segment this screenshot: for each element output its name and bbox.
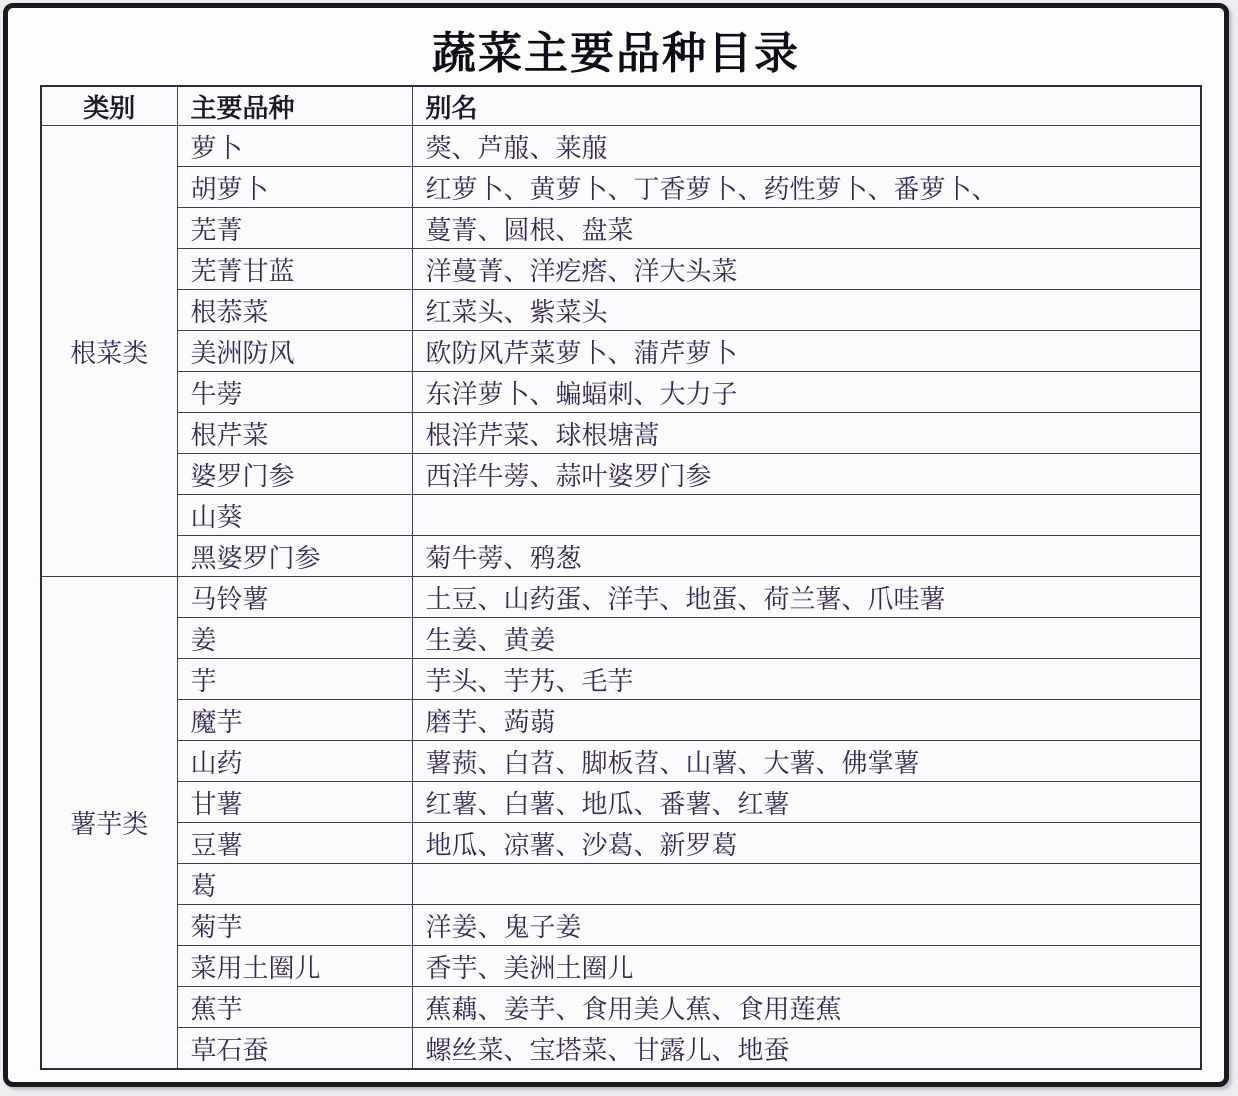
table-row: 姜生姜、黄姜 bbox=[41, 618, 1201, 659]
alias-cell: 蔓菁、圆根、盘菜 bbox=[412, 208, 1201, 249]
variety-cell: 萝卜 bbox=[177, 126, 412, 167]
page-title: 蔬菜主要品种目录 bbox=[8, 17, 1224, 81]
alias-cell: 薯蓣、白苕、脚板苕、山薯、大薯、佛掌薯 bbox=[412, 741, 1201, 782]
alias-cell: 螺丝菜、宝塔菜、甘露儿、地蚕 bbox=[412, 1028, 1201, 1070]
category-cell: 薯芋类 bbox=[41, 577, 177, 1070]
alias-cell: 香芋、美洲土圈儿 bbox=[412, 946, 1201, 987]
table-row: 甘薯红薯、白薯、地瓜、番薯、红薯 bbox=[41, 782, 1201, 823]
column-header-variety: 主要品种 bbox=[177, 86, 412, 126]
table-row: 葛 bbox=[41, 864, 1201, 905]
variety-cell: 芜菁 bbox=[177, 208, 412, 249]
table-row: 山葵 bbox=[41, 495, 1201, 536]
table-row: 婆罗门参西洋牛蒡、蒜叶婆罗门参 bbox=[41, 454, 1201, 495]
table-row: 牛蒡东洋萝卜、蝙蝠刺、大力子 bbox=[41, 372, 1201, 413]
variety-cell: 婆罗门参 bbox=[177, 454, 412, 495]
table-row: 蕉芋蕉藕、姜芋、食用美人蕉、食用莲蕉 bbox=[41, 987, 1201, 1028]
alias-cell: 红菜头、紫菜头 bbox=[412, 290, 1201, 331]
table-row: 豆薯地瓜、凉薯、沙葛、新罗葛 bbox=[41, 823, 1201, 864]
variety-cell: 牛蒡 bbox=[177, 372, 412, 413]
variety-cell: 美洲防风 bbox=[177, 331, 412, 372]
table-header: 类别 主要品种 别名 bbox=[41, 86, 1201, 126]
variety-cell: 胡萝卜 bbox=[177, 167, 412, 208]
alias-cell: 欧防风芹菜萝卜、蒲芹萝卜 bbox=[412, 331, 1201, 372]
alias-cell: 葖、芦菔、莱菔 bbox=[412, 126, 1201, 167]
table-row: 魔芋磨芋、蒟蒻 bbox=[41, 700, 1201, 741]
category-cell: 根菜类 bbox=[41, 126, 177, 577]
alias-cell bbox=[412, 864, 1201, 905]
variety-cell: 甘薯 bbox=[177, 782, 412, 823]
table-body: 根菜类萝卜葖、芦菔、莱菔胡萝卜红萝卜、黄萝卜、丁香萝卜、药性萝卜、番萝卜、芜菁蔓… bbox=[41, 126, 1201, 1070]
table-row: 薯芋类马铃薯土豆、山药蛋、洋芋、地蛋、荷兰薯、爪哇薯 bbox=[41, 577, 1201, 618]
alias-cell: 根洋芹菜、球根塘蒿 bbox=[412, 413, 1201, 454]
table-row: 芜菁甘蓝洋蔓菁、洋疙瘩、洋大头菜 bbox=[41, 249, 1201, 290]
variety-cell: 芜菁甘蓝 bbox=[177, 249, 412, 290]
alias-cell: 西洋牛蒡、蒜叶婆罗门参 bbox=[412, 454, 1201, 495]
variety-cell: 菜用土圈儿 bbox=[177, 946, 412, 987]
variety-cell: 马铃薯 bbox=[177, 577, 412, 618]
variety-cell: 山药 bbox=[177, 741, 412, 782]
variety-cell: 豆薯 bbox=[177, 823, 412, 864]
column-header-alias: 别名 bbox=[412, 86, 1201, 126]
table-row: 根菾菜红菜头、紫菜头 bbox=[41, 290, 1201, 331]
variety-cell: 姜 bbox=[177, 618, 412, 659]
table-row: 草石蚕螺丝菜、宝塔菜、甘露儿、地蚕 bbox=[41, 1028, 1201, 1070]
table-row: 芋芋头、芋艿、毛芋 bbox=[41, 659, 1201, 700]
vegetable-catalog-table: 类别 主要品种 别名 根菜类萝卜葖、芦菔、莱菔胡萝卜红萝卜、黄萝卜、丁香萝卜、药… bbox=[40, 85, 1202, 1070]
alias-cell bbox=[412, 495, 1201, 536]
variety-cell: 黑婆罗门参 bbox=[177, 536, 412, 577]
variety-cell: 葛 bbox=[177, 864, 412, 905]
table-row: 山药薯蓣、白苕、脚板苕、山薯、大薯、佛掌薯 bbox=[41, 741, 1201, 782]
table-row: 芜菁蔓菁、圆根、盘菜 bbox=[41, 208, 1201, 249]
alias-cell: 菊牛蒡、鸦葱 bbox=[412, 536, 1201, 577]
alias-cell: 红萝卜、黄萝卜、丁香萝卜、药性萝卜、番萝卜、 bbox=[412, 167, 1201, 208]
table-row: 美洲防风欧防风芹菜萝卜、蒲芹萝卜 bbox=[41, 331, 1201, 372]
variety-cell: 蕉芋 bbox=[177, 987, 412, 1028]
alias-cell: 芋头、芋艿、毛芋 bbox=[412, 659, 1201, 700]
table-row: 菊芋洋姜、鬼子姜 bbox=[41, 905, 1201, 946]
variety-cell: 根菾菜 bbox=[177, 290, 412, 331]
variety-cell: 根芹菜 bbox=[177, 413, 412, 454]
alias-cell: 生姜、黄姜 bbox=[412, 618, 1201, 659]
column-header-category: 类别 bbox=[41, 86, 177, 126]
table-row: 根芹菜根洋芹菜、球根塘蒿 bbox=[41, 413, 1201, 454]
alias-cell: 蕉藕、姜芋、食用美人蕉、食用莲蕉 bbox=[412, 987, 1201, 1028]
table-row: 菜用土圈儿香芋、美洲土圈儿 bbox=[41, 946, 1201, 987]
variety-cell: 草石蚕 bbox=[177, 1028, 412, 1070]
variety-cell: 山葵 bbox=[177, 495, 412, 536]
page-frame: 蔬菜主要品种目录 类别 主要品种 别名 根菜类萝卜葖、芦菔、莱菔胡萝卜红萝卜、黄… bbox=[3, 3, 1229, 1087]
alias-cell: 洋姜、鬼子姜 bbox=[412, 905, 1201, 946]
alias-cell: 土豆、山药蛋、洋芋、地蛋、荷兰薯、爪哇薯 bbox=[412, 577, 1201, 618]
table-row: 根菜类萝卜葖、芦菔、莱菔 bbox=[41, 126, 1201, 167]
alias-cell: 洋蔓菁、洋疙瘩、洋大头菜 bbox=[412, 249, 1201, 290]
variety-cell: 魔芋 bbox=[177, 700, 412, 741]
variety-cell: 芋 bbox=[177, 659, 412, 700]
variety-cell: 菊芋 bbox=[177, 905, 412, 946]
table-row: 胡萝卜红萝卜、黄萝卜、丁香萝卜、药性萝卜、番萝卜、 bbox=[41, 167, 1201, 208]
table-row: 黑婆罗门参菊牛蒡、鸦葱 bbox=[41, 536, 1201, 577]
alias-cell: 东洋萝卜、蝙蝠刺、大力子 bbox=[412, 372, 1201, 413]
alias-cell: 红薯、白薯、地瓜、番薯、红薯 bbox=[412, 782, 1201, 823]
header-row: 类别 主要品种 别名 bbox=[41, 86, 1201, 126]
alias-cell: 磨芋、蒟蒻 bbox=[412, 700, 1201, 741]
alias-cell: 地瓜、凉薯、沙葛、新罗葛 bbox=[412, 823, 1201, 864]
